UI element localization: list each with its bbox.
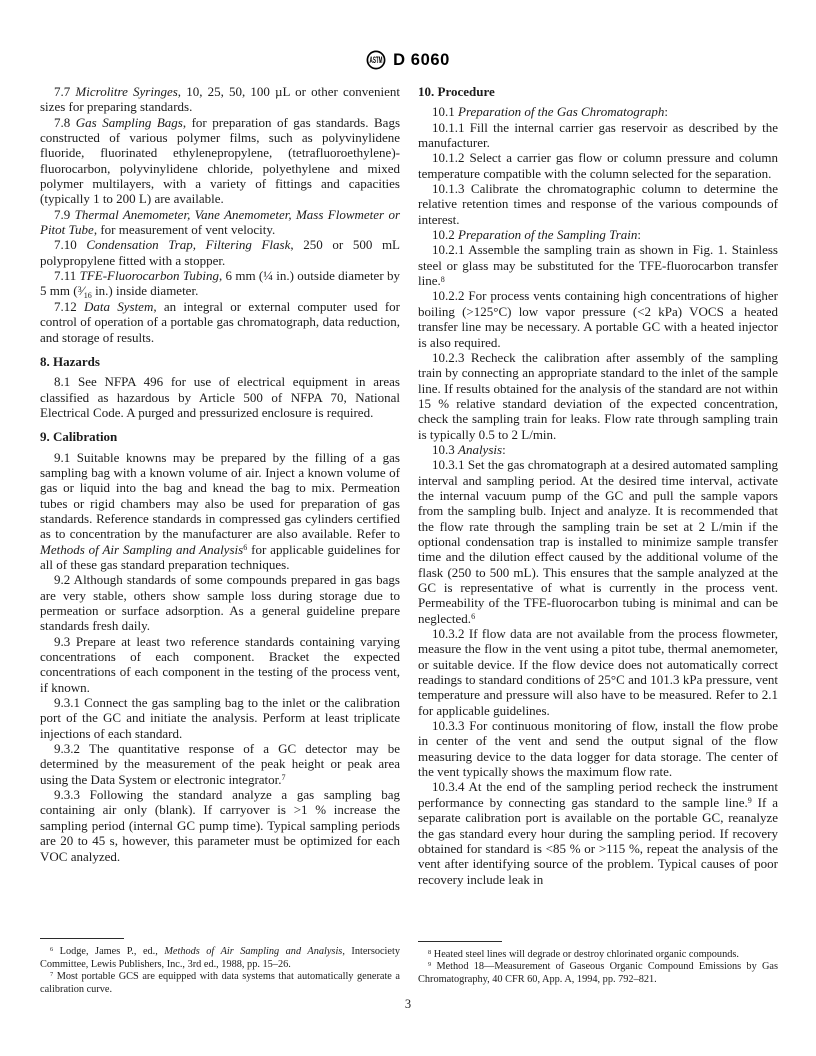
paragraph: 7.7 Microlitre Syringes, 10, 25, 50, 100… [40,84,400,115]
left-column-body: 7.7 Microlitre Syringes, 10, 25, 50, 100… [40,84,400,864]
paragraph: 8.1 See NFPA 496 for use of electrical e… [40,374,400,420]
paragraph: 10.1.1 Fill the internal carrier gas res… [418,120,778,151]
page-number: 3 [0,997,816,1012]
paragraph: 10.2.1 Assemble the sampling train as sh… [418,242,778,288]
footnote: 8 Heated steel lines will degrade or des… [418,949,778,962]
right-footnote-list: 8 Heated steel lines will degrade or des… [418,949,778,987]
paragraph: 10.1.3 Calibrate the chromatographic col… [418,181,778,227]
right-column: 10. Procedure10.1 Preparation of the Gas… [418,84,778,996]
paragraph: 9.2 Although standards of some compounds… [40,572,400,633]
paragraph: 10.2.2 For process vents containing high… [418,288,778,349]
right-footnotes: 8 Heated steel lines will degrade or des… [418,941,778,987]
footnote-marker: 6 [50,946,53,953]
section-heading: 8. Hazards [40,354,400,369]
section-heading: 10. Procedure [418,84,778,99]
footnote-marker: 7 [50,971,53,978]
right-column-body: 10. Procedure10.1 Preparation of the Gas… [418,84,778,887]
astm-logo-icon: ASTM [366,50,386,70]
paragraph: 9.3 Prepare at least two reference stand… [40,634,400,695]
paragraph: 10.2.3 Recheck the calibration after ass… [418,350,778,442]
footnote-marker: 8 [441,275,445,284]
footnote: 6 Lodge, James P., ed., Methods of Air S… [40,946,400,971]
paragraph: 10.1 Preparation of the Gas Chromatograp… [418,104,778,119]
page-header: ASTM D 6060 [0,50,816,70]
footnote-separator [418,941,502,942]
paragraph: 10.1.2 Select a carrier gas flow or colu… [418,150,778,181]
footnote-marker: 6 [471,612,475,621]
paragraph: 10.3.2 If flow data are not available fr… [418,626,778,718]
footnote-separator [40,938,124,939]
section-heading: 9. Calibration [40,429,400,444]
footnote: 7 Most portable GCS are equipped with da… [40,971,400,996]
left-footnotes: 6 Lodge, James P., ed., Methods of Air S… [40,938,400,996]
paragraph: 7.11 TFE-Fluorocarbon Tubing, 6 mm (¼ in… [40,268,400,299]
paragraph: 10.2 Preparation of the Sampling Train: [418,227,778,242]
footnote-marker: 3 [78,285,82,294]
footnote-marker: 8 [428,949,431,956]
paragraph: 7.8 Gas Sampling Bags, for preparation o… [40,115,400,207]
paragraph: 10.3.1 Set the gas chromatograph at a de… [418,457,778,626]
document-number: D 6060 [393,51,450,70]
paragraph: 7.12 Data System, an integral or externa… [40,299,400,345]
paragraph: 9.3.2 The quantitative response of a GC … [40,741,400,787]
paragraph: 9.3.1 Connect the gas sampling bag to th… [40,695,400,741]
footnote-marker: 6 [243,543,247,552]
paragraph: 9.1 Suitable knowns may be prepared by t… [40,450,400,573]
svg-text:ASTM: ASTM [370,55,383,66]
paragraph: 10.3 Analysis: [418,442,778,457]
document-page: ASTM D 6060 7.7 Microlitre Syringes, 10,… [0,0,816,1056]
footnote-marker: 9 [748,796,752,805]
paragraph: 10.3.3 For continuous monitoring of flow… [418,718,778,779]
text-columns: 7.7 Microlitre Syringes, 10, 25, 50, 100… [40,84,778,996]
left-column: 7.7 Microlitre Syringes, 10, 25, 50, 100… [40,84,400,996]
paragraph: 7.10 Condensation Trap, Filtering Flask,… [40,237,400,268]
footnote: 9 Method 18—Measurement of Gaseous Organ… [418,961,778,986]
left-footnote-list: 6 Lodge, James P., ed., Methods of Air S… [40,946,400,996]
paragraph: 9.3.3 Following the standard analyze a g… [40,787,400,864]
paragraph: 10.3.4 At the end of the sampling period… [418,779,778,886]
footnote-marker: 7 [282,773,286,782]
footnote-marker: 9 [428,961,431,968]
paragraph: 7.9 Thermal Anemometer, Vane Anemometer,… [40,207,400,238]
